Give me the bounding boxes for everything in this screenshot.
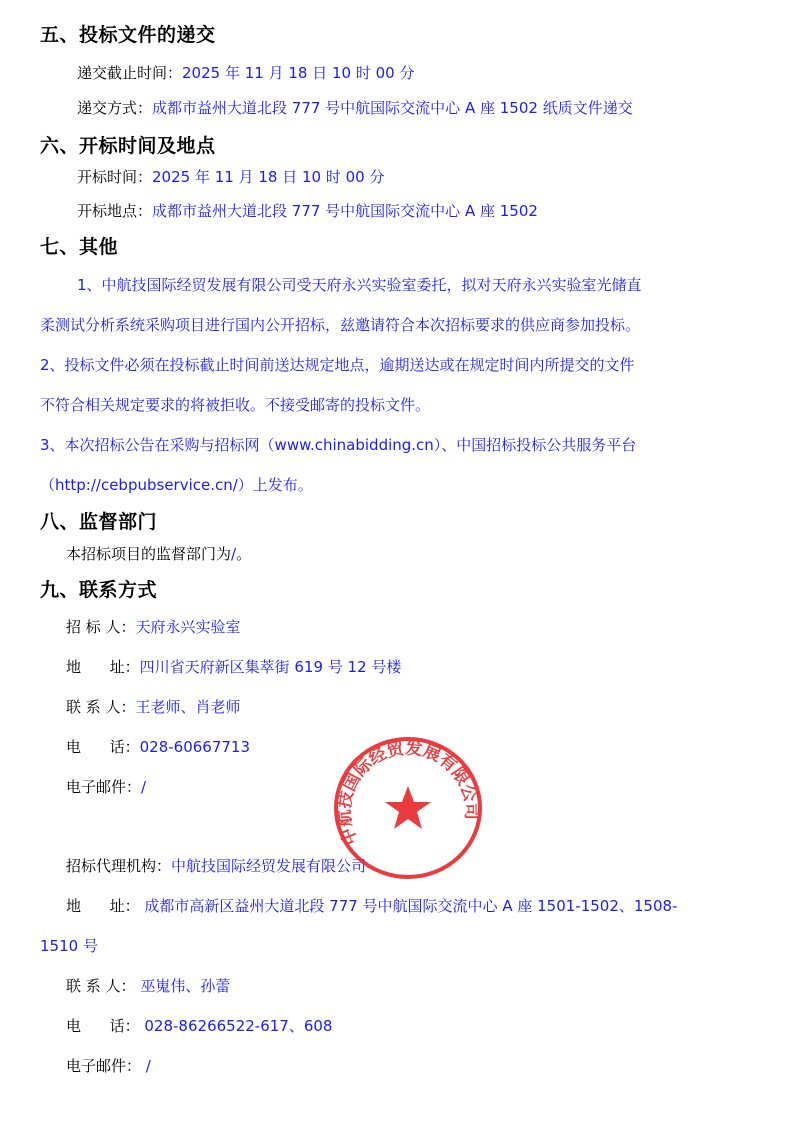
other-item-2-line-2: 不符合相关规定要求的将被拒收。不接受邮寄的投标文件。 bbox=[40, 395, 430, 415]
agency-name-label: 招标代理机构： bbox=[66, 857, 171, 875]
tenderer-email-value: / bbox=[141, 778, 146, 796]
tenderer-contact-value: 王老师、肖老师 bbox=[136, 698, 241, 716]
supervision-text: 本招标项目的监督部门为 bbox=[66, 545, 231, 563]
agency-email-value: / bbox=[146, 1057, 151, 1075]
opening-place-value: 成都市益州大道北段 777 号中航国际交流中心 A 座 1502 bbox=[152, 202, 538, 220]
agency-name-row: 招标代理机构：中航技国际经贸发展有限公司 bbox=[66, 856, 366, 876]
opening-time-label: 开标时间： bbox=[77, 168, 152, 186]
star-icon bbox=[385, 786, 431, 829]
section-9-heading: 九、联系方式 bbox=[40, 575, 157, 602]
other-item-3-line-2: （http://cebpubservice.cn/）上发布。 bbox=[40, 475, 313, 495]
opening-time-value: 2025 年 11 月 18 日 10 时 00 分 bbox=[152, 168, 384, 186]
agency-phone-row: 电 话： 028-86266522-617、608 bbox=[66, 1016, 332, 1036]
agency-address-value: 成都市高新区益州大道北段 777 号中航国际交流中心 A 座 1501-1502… bbox=[144, 897, 677, 915]
submission-method-row: 递交方式：成都市益州大道北段 777 号中航国际交流中心 A 座 1502 纸质… bbox=[77, 98, 633, 118]
agency-contact-label: 联 系 人： bbox=[66, 977, 136, 995]
tenderer-name-label: 招 标 人： bbox=[66, 618, 136, 636]
opening-time-row: 开标时间：2025 年 11 月 18 日 10 时 00 分 bbox=[77, 167, 384, 187]
submission-deadline-label: 递交截止时间： bbox=[77, 64, 182, 82]
tenderer-address-label: 地 址： bbox=[66, 658, 140, 676]
agency-address-row: 地 址： 成都市高新区益州大道北段 777 号中航国际交流中心 A 座 1501… bbox=[66, 896, 677, 916]
submission-method-label: 递交方式： bbox=[77, 99, 152, 117]
tenderer-name-row: 招 标 人：天府永兴实验室 bbox=[66, 617, 241, 637]
section-7-heading: 七、其他 bbox=[40, 232, 118, 259]
tenderer-contact-row: 联 系 人：王老师、肖老师 bbox=[66, 697, 241, 717]
agency-contact-value: 巫嵬伟、孙蕾 bbox=[140, 977, 230, 995]
opening-place-label: 开标地点： bbox=[77, 202, 152, 220]
supervision-row: 本招标项目的监督部门为/。 bbox=[66, 544, 251, 564]
section-5-heading: 五、投标文件的递交 bbox=[40, 20, 216, 47]
tenderer-address-row: 地 址：四川省天府新区集萃街 619 号 12 号楼 bbox=[66, 657, 401, 677]
agency-phone-value: 028-86266522-617、608 bbox=[144, 1017, 332, 1035]
agency-phone-label: 电 话： bbox=[66, 1017, 140, 1035]
tenderer-email-row: 电子邮件：/ bbox=[66, 777, 146, 797]
agency-address-label: 地 址： bbox=[66, 897, 140, 915]
other-item-3-line-1: 3、本次招标公告在采购与招标网（www.chinabidding.cn）、中国招… bbox=[40, 435, 636, 455]
supervision-suffix: 。 bbox=[236, 545, 251, 563]
tenderer-contact-label: 联 系 人： bbox=[66, 698, 136, 716]
agency-email-row: 电子邮件： / bbox=[66, 1056, 151, 1076]
agency-email-label: 电子邮件： bbox=[66, 1057, 141, 1075]
submission-method-value: 成都市益州大道北段 777 号中航国际交流中心 A 座 1502 纸质文件递交 bbox=[152, 99, 633, 117]
tenderer-name-value: 天府永兴实验室 bbox=[136, 618, 241, 636]
submission-deadline-value: 2025 年 11 月 18 日 10 时 00 分 bbox=[182, 64, 414, 82]
other-item-2-line-1: 2、投标文件必须在投标截止时间前送达规定地点，逾期送达或在规定时间内所提交的文件 bbox=[40, 355, 635, 375]
agency-contact-row: 联 系 人： 巫嵬伟、孙蕾 bbox=[66, 976, 230, 996]
tenderer-email-label: 电子邮件： bbox=[66, 778, 141, 796]
tenderer-phone-row: 电 话：028-60667713 bbox=[66, 737, 250, 757]
agency-address-value-cont: 1510 号 bbox=[40, 936, 98, 956]
submission-deadline-row: 递交截止时间：2025 年 11 月 18 日 10 时 00 分 bbox=[77, 63, 414, 83]
opening-place-row: 开标地点：成都市益州大道北段 777 号中航国际交流中心 A 座 1502 bbox=[77, 201, 538, 221]
other-item-1-line-1: 1、中航技国际经贸发展有限公司受天府永兴实验室委托，拟对天府永兴实验室光储直 bbox=[77, 275, 642, 295]
company-seal-stamp: 中航技国际经贸发展有限公司 bbox=[333, 736, 483, 881]
tenderer-phone-label: 电 话： bbox=[66, 738, 140, 756]
section-8-heading: 八、监督部门 bbox=[40, 507, 157, 534]
tenderer-phone-value: 028-60667713 bbox=[140, 738, 250, 756]
section-6-heading: 六、开标时间及地点 bbox=[40, 131, 216, 158]
other-item-1-line-2: 柔测试分析系统采购项目进行国内公开招标，兹邀请符合本次招标要求的供应商参加投标。 bbox=[40, 315, 640, 335]
tenderer-address-value: 四川省天府新区集萃街 619 号 12 号楼 bbox=[140, 658, 402, 676]
